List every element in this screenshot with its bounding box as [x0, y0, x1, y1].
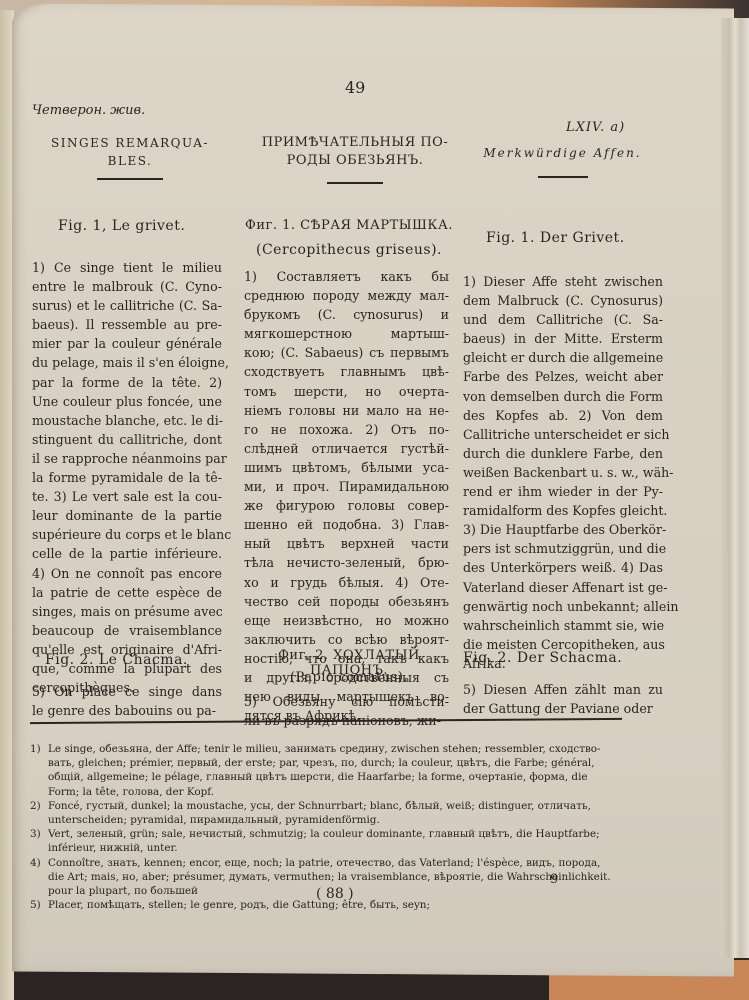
text-line: mier par la couleur générale — [32, 334, 222, 353]
text-line: 5) On place ce singe dans — [32, 682, 222, 701]
text-line: singes, mais on présume avec — [32, 602, 222, 621]
footnote-text: Vert, зеленый, grün; sale, нечистый, sch… — [48, 828, 600, 840]
text-line: го не похожа. 2) Отъ по- — [244, 420, 449, 439]
text-line: le genre des babouins ou pa- — [32, 701, 222, 720]
text-line: supérieure du corps et le blanc — [32, 525, 222, 544]
text-line: сходствуетъ главнымъ цвѣ- — [244, 362, 449, 381]
text-line: des Unterkörpers weiß. 4) Das — [463, 558, 663, 577]
plate-number: LXIV. a) — [566, 120, 625, 135]
russian-heading-line-1: ПРИМѢЧАТЕЛЬНЫЯ ПО- — [250, 134, 460, 152]
text-line: чество сей породы обезьянъ — [244, 592, 449, 611]
footnotes: 1)Le singe, обезьяна, der Affe; tenir le… — [30, 742, 678, 912]
russian-fig1-latin: (Cercopithecus griseus). — [244, 242, 454, 258]
text-line: la forme pyramidale de la tê- — [32, 468, 222, 487]
page-number: 49 — [345, 78, 365, 97]
text-line: beaucoup de vraisemblance — [32, 621, 222, 640]
footnote-line: die Art; mais, но, aber; présumer, думат… — [30, 870, 678, 884]
text-line: 5) Обезьяну сію помѣсти- — [244, 692, 449, 711]
russian-fig2-text: 5) Обезьяну сію помѣсти-ли въ разрядъ па… — [244, 692, 449, 730]
text-line: кою; (C. Sabaeus) съ первымъ — [244, 343, 449, 362]
footnote-number: 1) — [30, 742, 48, 756]
text-line: томъ шерсти, но очерта- — [244, 382, 449, 401]
footnote-text: Form; la tête, голова, der Kopf. — [48, 786, 214, 798]
text-line: weißen Backenbart u. s. w., wäh- — [463, 463, 663, 482]
divider — [538, 176, 588, 178]
text-line: te. 3) Le vert sale est la cou- — [32, 487, 222, 506]
text-line: Vaterland dieser Affenart ist ge- — [463, 578, 663, 597]
text-line: тѣла нечисто-зеленый, брю- — [244, 553, 449, 572]
text-line: wahrscheinlich stammt sie, wie — [463, 616, 663, 635]
footnote-text: Connoître, знать, kennen; encor, еще, no… — [48, 857, 600, 869]
text-line: il se rapproche néanmoins par — [32, 449, 222, 468]
text-line: ми, и проч. Пирамидальною — [244, 477, 449, 496]
footnote-line: unterscheiden; pyramidal, пирамидальный,… — [30, 813, 678, 827]
french-heading-line-2: BLES. — [40, 152, 220, 170]
footnote-line: 3)Vert, зеленый, grün; sale, нечистый, s… — [30, 827, 678, 841]
text-line: хо и грудь бѣлыя. 4) Оте- — [244, 573, 449, 592]
french-fig2-text: 5) On place ce singe dansle genre des ba… — [32, 682, 222, 720]
footnote-line: Form; la tête, голова, der Kopf. — [30, 785, 678, 799]
french-heading-line-1: SINGES REMARQUA- — [40, 134, 220, 152]
footnote-text: общій, allgemeine; le pélage, главный цв… — [48, 771, 588, 783]
text-line: und dem Callitriche (C. Sa- — [463, 310, 663, 329]
divider — [97, 178, 163, 180]
footnote-text: unterscheiden; pyramidal, пирамидальный,… — [48, 814, 380, 826]
footnote-text: вать, gleichen; prémier, первый, der ers… — [48, 757, 595, 769]
text-line: baeus). Il ressemble au pre- — [32, 315, 222, 334]
footnote-line: 4)Connoître, знать, kennen; encor, еще, … — [30, 856, 678, 870]
text-line: par la forme de la tête. 2) — [32, 373, 222, 392]
russian-fig1-title: Фиг. 1. СѢРАЯ МАРТЫШКА. — [244, 218, 454, 233]
text-line: 1) Составляетъ какъ бы — [244, 267, 449, 286]
footnote-number: 3) — [30, 827, 48, 841]
footnote-text: Foncé, густый, dunkel; la moustache, усы… — [48, 800, 591, 812]
text-line: gleicht er durch die allgemeine — [463, 348, 663, 367]
russian-heading: ПРИМѢЧАТЕЛЬНЫЯ ПО- РОДЫ ОБЕЗЬЯНЪ. — [250, 134, 460, 184]
text-line: ramidalform des Kopfes gleicht. — [463, 501, 663, 520]
german-heading: Merkwürdige Affen. — [470, 144, 655, 178]
footnote-text: inférieur, нижній, unter. — [48, 842, 178, 854]
german-heading-text: Merkwürdige Affen. — [470, 144, 655, 162]
footnote-number: 4) — [30, 856, 48, 870]
signature-mark: 9 — [550, 872, 558, 887]
footnote-line: 5)Placer, помѣщать, stellen; le genre, р… — [30, 898, 678, 912]
french-fig1-title: Fig. 1, Le grivet. — [58, 218, 185, 234]
text-line: moustache blanche, etc. le di- — [32, 411, 222, 430]
text-line: слѣдней отличается густѣй- — [244, 439, 449, 458]
text-line: брукомъ (C. cynosurus) и — [244, 305, 449, 324]
text-line: genwärtig noch unbekannt; allein — [463, 597, 663, 616]
text-line: шимъ цвѣтомъ, бѣлыми уса- — [244, 458, 449, 477]
french-fig2-title: Fig. 2. Le Chacma. — [45, 652, 188, 668]
text-line: entre le malbrouk (C. Cyno- — [32, 277, 222, 296]
text-line: еще неизвѣстно, но можно — [244, 611, 449, 630]
text-line: surus) et le callitriche (C. Sa- — [32, 296, 222, 315]
text-line: des Kopfes ab. 2) Von dem — [463, 406, 663, 425]
footnote-text: Placer, помѣщать, stellen; le genre, род… — [48, 899, 430, 911]
divider — [327, 182, 383, 184]
page-bottom-number: ( 88 ) — [316, 886, 354, 902]
text-line: leur dominante de la partie — [32, 506, 222, 525]
text-line: la patrie de cette espèce de — [32, 583, 222, 602]
footnote-line: вать, gleichen; prémier, первый, der ers… — [30, 756, 678, 770]
text-line: среднюю породу между мал- — [244, 286, 449, 305]
text-line: заключить со всѣю вѣроят- — [244, 630, 449, 649]
text-line: 3) Die Hauptfarbe des Oberkör- — [463, 520, 663, 539]
footnote-text: die Art; mais, но, aber; présumer, думат… — [48, 871, 611, 883]
page-content: 49 Четверон. жив. LXIV. a) SINGES REMARQ… — [0, 0, 749, 1000]
text-line: Une couleur plus foncée, une — [32, 392, 222, 411]
text-line: 1) Dieser Affe steht zwischen — [463, 272, 663, 291]
german-fig2-title: Fig. 2. Der Schacma. — [463, 650, 622, 666]
russian-fig2-latin: (Papio comatus). — [244, 670, 454, 685]
text-line: dem Malbruck (C. Cynosurus) — [463, 291, 663, 310]
text-line: же фигурою головы совер- — [244, 496, 449, 515]
footnote-number: 5) — [30, 898, 48, 912]
text-line: ніемъ головы ни мало на не- — [244, 401, 449, 420]
german-fig1-title: Fig. 1. Der Grivet. — [486, 230, 625, 246]
text-line: Callitriche unterscheidet er sich — [463, 425, 663, 444]
footnote-line: 1)Le singe, обезьяна, der Affe; tenir le… — [30, 742, 678, 756]
german-fig1-text: 1) Dieser Affe steht zwischendem Malbruc… — [463, 272, 663, 673]
footnote-line: pour la plupart, по большей — [30, 884, 678, 898]
text-line: rend er ihm wieder in der Py- — [463, 482, 663, 501]
footnote-line: общій, allgemeine; le pélage, главный цв… — [30, 770, 678, 784]
footnote-line: 2)Foncé, густый, dunkel; la moustache, у… — [30, 799, 678, 813]
text-line: pers ist schmutziggrün, und die — [463, 539, 663, 558]
text-line: baeus) in der Mitte. Ersterm — [463, 329, 663, 348]
text-line: stinguent du callitriche, dont — [32, 430, 222, 449]
text-line: von demselben durch die Form — [463, 387, 663, 406]
text-line: Farbe des Pelzes, weicht aber — [463, 367, 663, 386]
text-line: du pelage, mais il s'en éloigne, — [32, 353, 222, 372]
text-line: der Gattung der Paviane oder — [463, 699, 663, 718]
text-line: 5) Diesen Affen zählt man zu — [463, 680, 663, 699]
text-line: шенно ей подобна. 3) Глав- — [244, 515, 449, 534]
running-head: Четверон. жив. — [32, 103, 145, 118]
russian-heading-line-2: РОДЫ ОБЕЗЬЯНЪ. — [250, 152, 460, 170]
text-line: 4) On ne connoît pas encore — [32, 564, 222, 583]
footnote-text: Le singe, обезьяна, der Affe; tenir le m… — [48, 743, 601, 755]
german-fig2-text: 5) Diesen Affen zählt man zuder Gattung … — [463, 680, 663, 718]
french-fig1-text: 1) Ce singe tient le milieuentre le malb… — [32, 258, 222, 697]
text-line: celle de la partie inférieure. — [32, 544, 222, 563]
text-line: durch die dunklere Farbe, den — [463, 444, 663, 463]
footnote-text: pour la plupart, по большей — [48, 885, 198, 897]
text-line: мягкошерстною мартыш- — [244, 324, 449, 343]
text-line: 1) Ce singe tient le milieu — [32, 258, 222, 277]
text-line: ный цвѣтъ верхней части — [244, 534, 449, 553]
footnote-line: inférieur, нижній, unter. — [30, 841, 678, 855]
french-heading: SINGES REMARQUA- BLES. — [40, 134, 220, 180]
footnote-number: 2) — [30, 799, 48, 813]
